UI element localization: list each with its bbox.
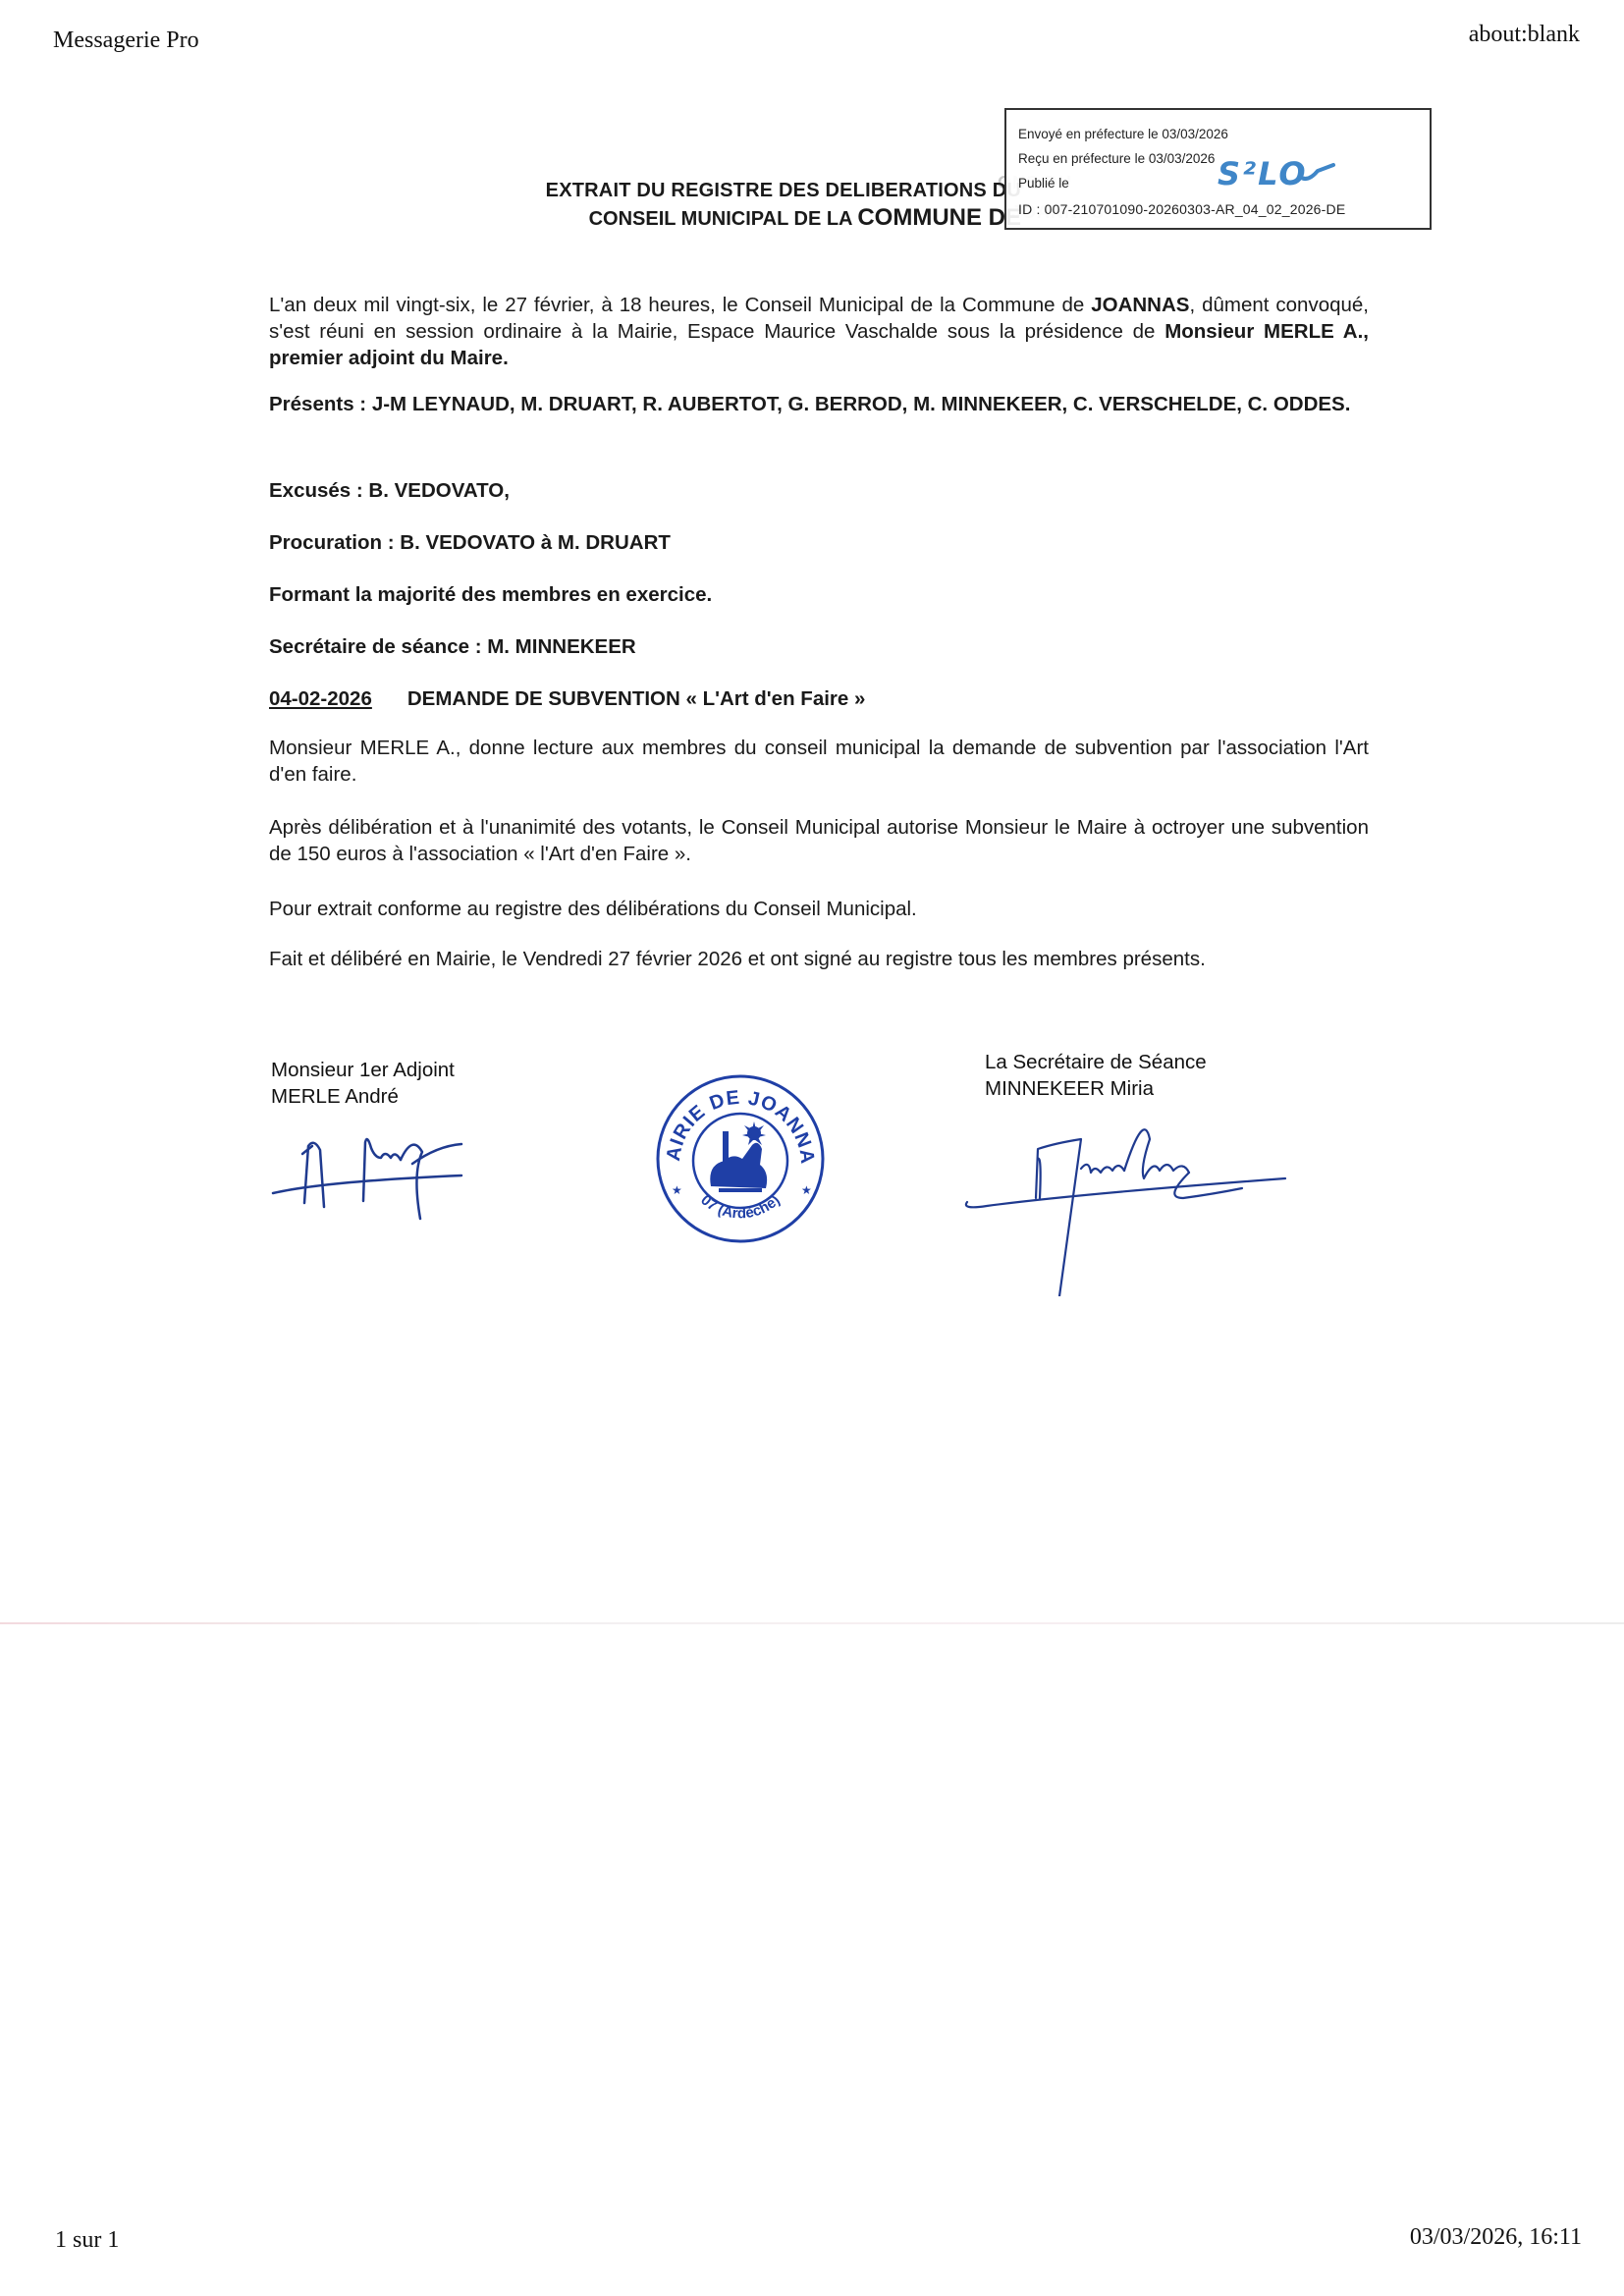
signature-minnekeer-icon [957,1100,1301,1296]
excuses-value: B. VEDOVATO, [368,479,510,502]
print-header-url: about:blank [1469,22,1580,48]
paragraph-conformity: Pour extrait conforme au registre des dé… [269,896,1369,922]
checkmark-flourish-icon [1278,161,1337,191]
intro-paragraph: L'an deux mil vingt-six, le 27 février, … [269,292,1369,371]
scan-artifact-line [0,1622,1624,1624]
presents-line: Présents : J-M LEYNAUD, M. DRUART, R. AU… [269,391,1369,417]
deliberation-number: 04-02-2026 [269,687,372,710]
excuses-line: Excusés : B. VEDOVATO, [269,477,1369,504]
mairie-seal-icon: MAIRIE DE JOANNAS 07 (Ardèche) ★ ★ [652,1070,829,1247]
print-footer-datetime: 03/03/2026, 16:11 [1410,2224,1582,2251]
print-footer-page-count: 1 sur 1 [55,2227,119,2254]
signatory-left: Monsieur 1er Adjoint MERLE André [271,1057,455,1110]
prefecture-id: ID : 007-210701090-20260303-AR_04_02_202… [1018,195,1420,224]
title-line-2-prefix: CONSEIL MUNICIPAL DE LA [589,208,858,230]
slo-handwritten-mark: S²LO [1218,155,1308,192]
signatory-left-name: MERLE André [271,1083,455,1110]
signatory-right: La Secrétaire de Séance MINNEKEER Miria [985,1049,1207,1102]
document-title: EXTRAIT DU REGISTRE DES DELIBERATIONS DU… [471,177,1021,233]
title-line-2: CONSEIL MUNICIPAL DE LA COMMUNE DE [471,204,1021,233]
title-line-1: EXTRAIT DU REGISTRE DES DELIBERATIONS DU [483,177,1021,204]
signatory-right-name: MINNEKEER Miria [985,1075,1207,1102]
svg-text:MAIRIE DE JOANNAS: MAIRIE DE JOANNAS [652,1070,818,1166]
signatory-left-role: Monsieur 1er Adjoint [271,1057,455,1083]
svg-text:07 (Ardèche): 07 (Ardèche) [697,1192,783,1223]
signatory-right-role: La Secrétaire de Séance [985,1049,1207,1075]
quorum-line: Formant la majorité des membres en exerc… [269,581,1369,608]
paragraph-signed: Fait et délibéré en Mairie, le Vendredi … [269,946,1369,972]
svg-text:★: ★ [672,1183,682,1197]
intro-text: L'an deux mil vingt-six, le 27 février, … [269,294,1091,316]
secretary-value: M. MINNEKEER [487,635,635,658]
presents-value: J-M LEYNAUD, M. DRUART, R. AUBERTOT, G. … [372,393,1351,415]
seal-bottom-text: 07 (Ardèche) [697,1192,783,1223]
print-header-title: Messagerie Pro [53,27,199,54]
excuses-label: Excusés : [269,479,368,502]
procuration-value: B. VEDOVATO à M. DRUART [400,531,671,554]
procuration-label: Procuration : [269,531,400,554]
secretary-label: Secrétaire de séance : [269,635,487,658]
paragraph-decision: Après délibération et à l'unanimité des … [269,814,1369,867]
title-line-2-commune: COMMUNE DE [857,204,1021,231]
seal-top-text: MAIRIE DE JOANNAS [652,1070,818,1166]
deliberation-heading: 04-02-2026DEMANDE DE SUBVENTION « L'Art … [269,685,1369,712]
paragraph-reading: Monsieur MERLE A., donne lecture aux mem… [269,735,1369,788]
secretary-line: Secrétaire de séance : M. MINNEKEER [269,633,1369,660]
presents-label: Présents : [269,393,372,415]
svg-text:★: ★ [801,1183,812,1197]
deliberation-title: DEMANDE DE SUBVENTION « L'Art d'en Faire… [407,687,866,710]
commune-name: JOANNAS [1091,294,1189,316]
signature-merle-icon [265,1124,471,1223]
procuration-line: Procuration : B. VEDOVATO à M. DRUART [269,529,1369,556]
